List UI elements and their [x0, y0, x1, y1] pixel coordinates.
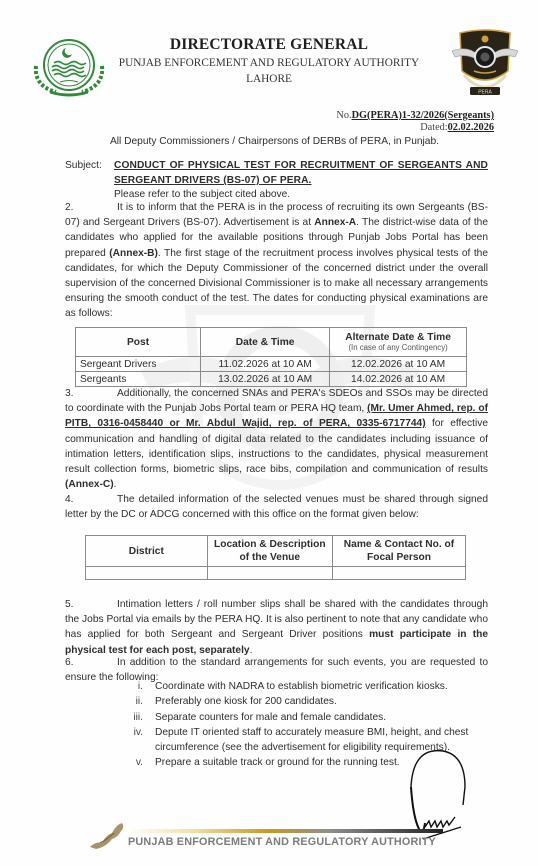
table-row: Sergeant Drivers 11.02.2026 at 10 AM 12.… [76, 357, 467, 372]
footer-divider [125, 829, 443, 833]
list-item: ii.Preferably one kiosk for 200 candidat… [115, 694, 485, 709]
table-cell: 11.02.2026 at 10 AM [201, 357, 330, 372]
table-cell: 13.02.2026 at 10 AM [201, 372, 330, 387]
table-header-row: District Location & Description of the V… [86, 536, 466, 567]
table-header: Name & Contact No. of Focal Person [332, 536, 465, 567]
header-subtitle: PUNJAB ENFORCEMENT AND REGULATORY AUTHOR… [0, 57, 538, 69]
subject-label: Subject: [65, 158, 102, 173]
table-cell [332, 567, 465, 580]
punjab-map-icon [88, 821, 126, 851]
table-header: Location & Description of the Venue [207, 536, 332, 567]
header-city: LAHORE [0, 73, 538, 85]
header-title: DIRECTORATE GENERAL [0, 36, 538, 54]
table-cell: 14.02.2026 at 10 AM [330, 372, 467, 387]
table-cell: 12.02.2026 at 10 AM [330, 357, 467, 372]
list-item: iii.Separate counters for male and femal… [115, 710, 485, 725]
table-header: Date & Time [201, 328, 330, 357]
schedule-table: Post Date & Time Alternate Date & Time(I… [75, 327, 467, 387]
document-page: PERA DIRECTORATE GENERAL PUNJAB ENFORCEM… [0, 0, 538, 866]
table-header: Post [76, 328, 201, 357]
paragraph-2: 2.It is to inform that the PERA is in th… [65, 200, 488, 322]
table-cell [86, 567, 208, 580]
list-item: i.Coordinate with NADRA to establish bio… [115, 679, 485, 694]
table-cell: Sergeant Drivers [76, 357, 201, 372]
reference-date: Dated:02.02.2026 [420, 122, 494, 133]
subject-text: CONDUCT OF PHYSICAL TEST FOR RECRUITMENT… [114, 158, 488, 188]
addressee: All Deputy Commissioners / Chairpersons … [110, 134, 439, 149]
venue-format-table: District Location & Description of the V… [85, 535, 466, 580]
table-header-row: Post Date & Time Alternate Date & Time(I… [76, 328, 467, 357]
table-header: Alternate Date & Time(In case of any Con… [330, 328, 467, 357]
table-cell: Sergeants [76, 372, 201, 387]
table-row: Sergeants 13.02.2026 at 10 AM 14.02.2026… [76, 372, 467, 387]
table-header: District [86, 536, 208, 567]
paragraph-3: 3.Additionally, the concerned SNAs and P… [65, 386, 488, 492]
table-cell [207, 567, 332, 580]
footer-text: PUNJAB ENFORCEMENT AND REGULATORY AUTHOR… [128, 836, 436, 848]
paragraph-4: 4.The detailed information of the select… [65, 492, 488, 522]
table-row [86, 567, 466, 580]
svg-text:PERA: PERA [478, 90, 492, 96]
paragraph-5: 5.Intimation letters / roll number slips… [65, 597, 488, 658]
reference-number: No.DG(PERA)1-32/2026(Sergeants) [336, 110, 494, 121]
